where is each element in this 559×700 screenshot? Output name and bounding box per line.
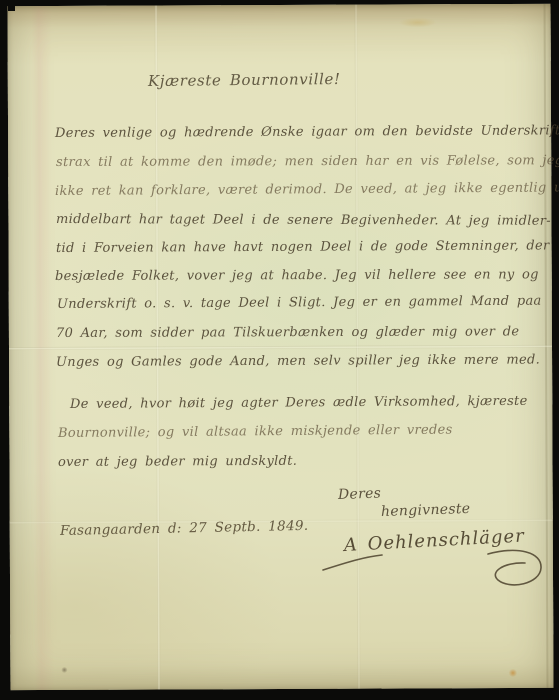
vertical-fold-crease — [355, 5, 361, 689]
salutation: Kjæreste Bournonville! — [148, 70, 341, 90]
paper-stain — [508, 669, 517, 677]
handwritten-line: middelbart har taget Deel i de senere Be… — [56, 212, 551, 229]
paper-stain — [61, 667, 67, 673]
closing-phrase: hengivneste — [381, 501, 471, 520]
horizontal-fold-crease — [9, 345, 552, 350]
letter-photo: Kjæreste Bournonville! Deres venlige og … — [0, 0, 559, 700]
torn-corner-notch — [8, 4, 15, 11]
handwritten-line: Deres venlige og hædrende Ønske igaar om… — [55, 123, 559, 141]
handwritten-line: 70 Aar, som sidder paa Tilskuerbænken og… — [56, 324, 519, 341]
closing-phrase: Deres — [338, 485, 382, 502]
paper-stain — [399, 17, 437, 27]
handwritten-line: Unges og Gamles gode Aand, men selv spil… — [56, 352, 540, 370]
handwritten-line: besjælede Folket, vover jeg at haabe. Je… — [55, 267, 539, 284]
handwritten-line: tid i Forveien kan have havt nogen Deel … — [56, 238, 550, 256]
handwritten-line: over at jeg beder mig undskyldt. — [58, 454, 297, 470]
right-edge-crease — [544, 4, 549, 688]
letter-paper-sheet — [8, 4, 554, 690]
handwritten-line: strax til at komme den imøde; men siden … — [56, 153, 559, 170]
handwritten-line: De veed, hvor høit jeg agter Deres ædle … — [70, 394, 528, 412]
vertical-fold-crease — [155, 6, 161, 690]
